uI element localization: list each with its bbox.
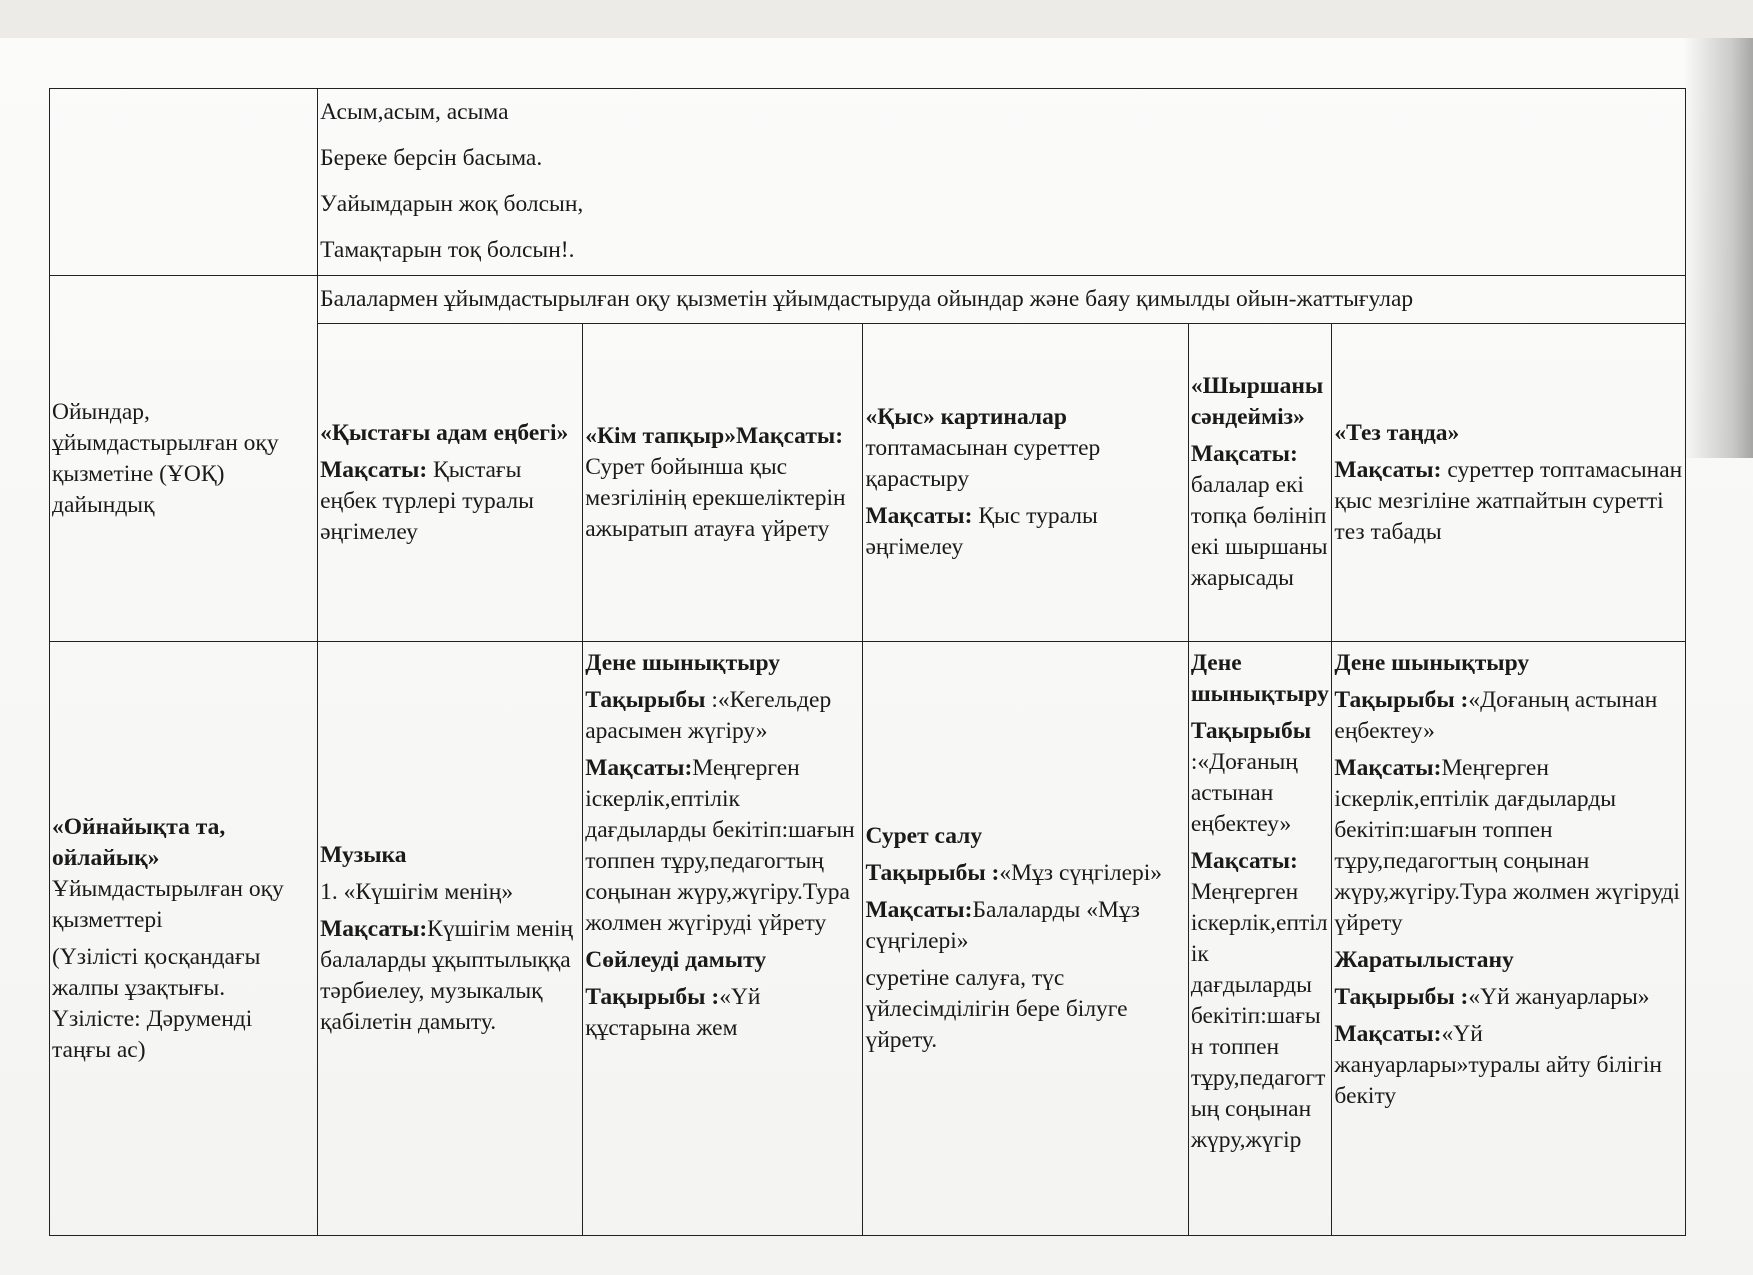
activity-line: Тақырыбы :«Мұз сүңгілері» <box>865 858 1185 889</box>
activity-line: Мақсаты:«Үй жануарлары»туралы айту біліг… <box>1334 1019 1683 1112</box>
subject-heading: Сурет салу <box>865 821 1185 852</box>
table-row-games-header: Ойындар, ұйымдастырылған оқу қызметіне (… <box>50 276 1686 324</box>
subject-heading: Дене шынықтыру <box>1334 648 1683 679</box>
field-label: Тақырыбы <box>585 687 705 713</box>
game-title: «Кім тапқыр» <box>585 423 736 449</box>
activity-cell: Музыка1. «Күшігім менің»Мақсаты:Күшігім … <box>318 642 583 1236</box>
games-header: Балалармен ұйымдастырылған оқу қызметін … <box>320 286 1413 312</box>
row-label-empty <box>50 89 318 276</box>
field-label: Мақсаты: <box>1334 1021 1441 1047</box>
field-text: «Үй жануарлары» <box>1468 984 1649 1010</box>
field-label: Тақырыбы : <box>865 860 999 886</box>
subject-heading: Музыка <box>320 840 580 871</box>
game-title: «Қыс» картиналар <box>865 404 1066 430</box>
row-label-games: Ойындар, ұйымдастырылған оқу қызметіне (… <box>50 276 318 642</box>
game-cell: «Тез таңда» Мақсаты: суреттер топтамасын… <box>1332 324 1686 642</box>
subject-heading: Жаратылыстану <box>1334 945 1683 976</box>
table-row-activities: «Ойнайықта та, ойлайық» Ұйымдастырылған … <box>50 642 1686 1236</box>
row-label-activities: «Ойнайықта та, ойлайық» Ұйымдастырылған … <box>50 642 318 1236</box>
field-label: Мақсаты: <box>1334 755 1441 781</box>
poem-line: Асым,асым, асыма <box>320 89 1683 135</box>
field-label: Тақырыбы : <box>1334 984 1468 1010</box>
activity-line: Тақырыбы :«Үй құстарына жем <box>585 982 860 1044</box>
field-label: Тақырыбы : <box>585 984 719 1010</box>
activity-line: Мақсаты:Балаларды «Мұз сүңгілері» <box>865 895 1185 957</box>
page-curl-shadow <box>1683 38 1753 458</box>
activities-label-bold: «Ойнайықта та, ойлайық» <box>52 814 225 871</box>
subject-heading: Дене шынықтыру <box>585 648 860 679</box>
scan-top-margin <box>0 0 1753 40</box>
table-row-poem: Асым,асым, асыма Береке берсін басыма. У… <box>50 89 1686 276</box>
field-text: Меңгерген іскерлік,ептілік дағдыларды бе… <box>585 755 854 936</box>
goal-label: Мақсаты: <box>1334 457 1441 483</box>
game-cell: «Қыстағы адам еңбегі» Мақсаты: Қыстағы е… <box>318 324 583 642</box>
field-text: 1. «Күшігім менің» <box>320 879 513 905</box>
subject-heading: Сөйлеуді дамыту <box>585 945 860 976</box>
game-cell: «Шыршаны сәндейміз» Мақсаты: балалар екі… <box>1188 324 1332 642</box>
game-cell: «Қыс» картиналар топтамасынан суреттер қ… <box>863 324 1188 642</box>
subject-heading: Дене шынықтыру <box>1191 648 1330 710</box>
goal-label: Мақсаты: <box>736 423 843 449</box>
goal-text: балалар екі топқа бөлініп екі шыршаны жа… <box>1191 472 1328 591</box>
activities-label: Ұйымдастырылған оқу қызметтері <box>52 876 284 933</box>
activity-line: Мақсаты:Меңгерген іскерлік,ептілік дағды… <box>585 753 860 939</box>
games-header-cell: Балалармен ұйымдастырылған оқу қызметін … <box>318 276 1686 324</box>
field-label: Мақсаты: <box>865 897 972 923</box>
goal-text: Сурет бойынша қыс мезгілінің ерекшелікте… <box>585 454 845 542</box>
activities-note: (Үзілісті қосқандағы жалпы ұзақтығы. Үзі… <box>52 942 315 1066</box>
activity-cell: Дене шынықтыруТақырыбы :«Кегельдер арасы… <box>583 642 863 1236</box>
goal-label: Мақсаты: <box>1191 441 1298 467</box>
game-title-tail: топтамасынан суреттер қарастыру <box>865 435 1100 492</box>
poem-line: Уайымдарын жоқ болсын, <box>320 181 1683 227</box>
field-label: Мақсаты: <box>320 916 427 942</box>
goal-label: Мақсаты: <box>865 503 972 529</box>
poem-line: Береке берсін басыма. <box>320 135 1683 181</box>
field-label: Тақырыбы <box>1191 718 1311 744</box>
field-label: Мақсаты: <box>1191 848 1298 874</box>
game-cell: «Кім тапқыр»Мақсаты: Сурет бойынша қыс м… <box>583 324 863 642</box>
activity-line: суретіне салуға, түс үйлесімділігін бере… <box>865 963 1185 1056</box>
activity-cell: Дене шынықтыруТақырыбы :«Доғаның астынан… <box>1188 642 1332 1236</box>
field-text: :«Доғаның астынан еңбектеу» <box>1191 749 1298 837</box>
field-label: Мақсаты: <box>585 755 692 781</box>
activity-line: Мақсаты: Меңгерген іскерлік,ептілік дағд… <box>1191 846 1330 1156</box>
game-title: «Тез таңда» <box>1334 418 1683 449</box>
poem-cell: Асым,асым, асыма Береке берсін басыма. У… <box>318 89 1686 276</box>
field-text: Меңгерген іскерлік,ептілік дағдыларды бе… <box>1191 879 1328 1153</box>
activity-line: Тақырыбы :«Доғаның астынан еңбектеу» <box>1191 716 1330 840</box>
field-text: Меңгерген іскерлік,ептілік дағдыларды бе… <box>1334 755 1679 936</box>
field-text: «Мұз сүңгілері» <box>999 860 1162 886</box>
activity-line: Мақсаты:Меңгерген іскерлік,ептілік дағды… <box>1334 753 1683 939</box>
games-label: Ойындар, ұйымдастырылған оқу қызметіне (… <box>52 399 279 518</box>
field-text: суретіне салуға, түс үйлесімділігін бере… <box>865 965 1127 1053</box>
field-label: Тақырыбы : <box>1334 687 1468 713</box>
activity-line: Мақсаты:Күшігім менің балаларды ұқыптылы… <box>320 914 580 1038</box>
goal-label: Мақсаты: <box>320 457 427 483</box>
activity-line: Тақырыбы :«Доғаның астынан еңбектеу» <box>1334 685 1683 747</box>
activity-line: 1. «Күшігім менің» <box>320 877 580 908</box>
poem-line: Тамақтарын тоқ болсын!. <box>320 227 1683 273</box>
activity-line: Тақырыбы :«Үй жануарлары» <box>1334 982 1683 1013</box>
daily-plan-table: Асым,асым, асыма Береке берсін басыма. У… <box>49 88 1686 1236</box>
game-title: «Қыстағы адам еңбегі» <box>320 418 580 449</box>
activity-cell: Сурет салуТақырыбы :«Мұз сүңгілері»Мақса… <box>863 642 1188 1236</box>
activity-cell: Дене шынықтыруТақырыбы :«Доғаның астынан… <box>1332 642 1686 1236</box>
activity-line: Тақырыбы :«Кегельдер арасымен жүгіру» <box>585 685 860 747</box>
game-title: «Шыршаны сәндейміз» <box>1191 371 1330 433</box>
